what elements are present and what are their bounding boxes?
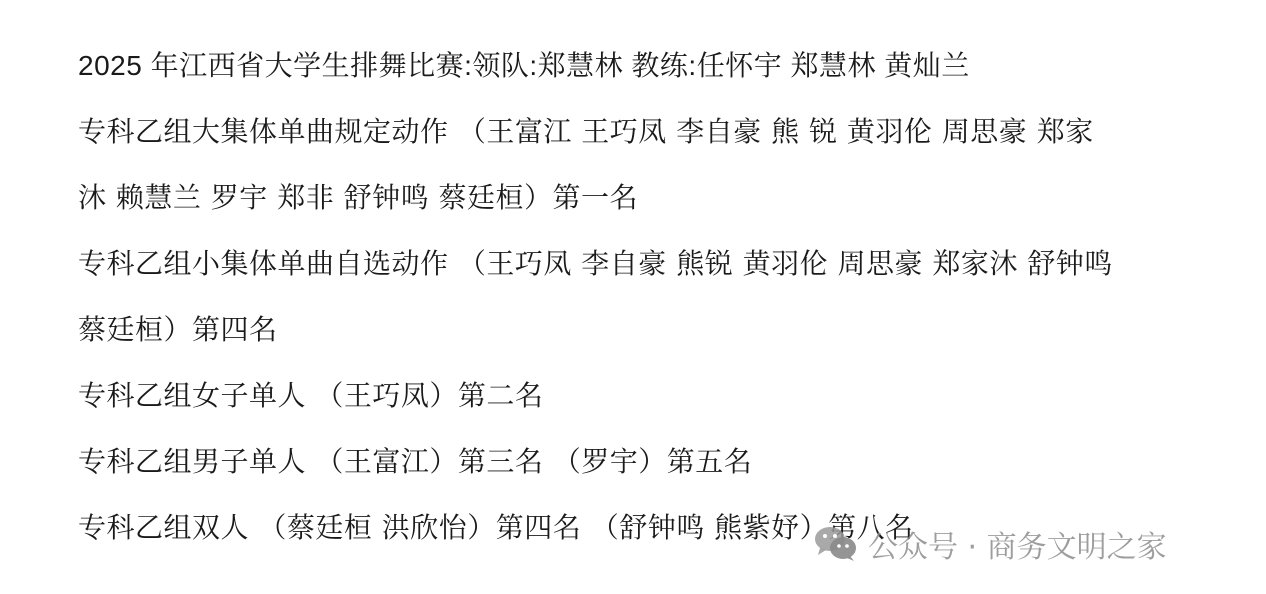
result-line-small-group-cont: 蔡廷桓）第四名	[78, 308, 1238, 374]
watermark: 公众号 · 商务文明之家	[812, 522, 1167, 566]
result-line-small-group: 专科乙组小集体单曲自选动作 （王巧凤 李自豪 熊锐 黄羽伦 周思豪 郑家沐 舒钟…	[78, 242, 1238, 308]
result-line-women-solo: 专科乙组女子单人 （王巧凤）第二名	[78, 374, 1238, 440]
wechat-icon	[812, 524, 860, 564]
document-body: 2025 年江西省大学生排舞比赛:领队:郑慧林 教练:任怀宇 郑慧林 黄灿兰 专…	[78, 44, 1238, 572]
watermark-text: 公众号 · 商务文明之家	[868, 522, 1167, 566]
result-line-group-routine-cont: 沐 赖慧兰 罗宇 郑非 舒钟鸣 蔡廷桓）第一名	[78, 176, 1238, 242]
result-line-men-solo: 专科乙组男子单人 （王富江）第三名 （罗宇）第五名	[78, 440, 1238, 506]
header-line: 2025 年江西省大学生排舞比赛:领队:郑慧林 教练:任怀宇 郑慧林 黄灿兰	[78, 44, 1238, 110]
result-line-group-routine: 专科乙组大集体单曲规定动作 （王富江 王巧凤 李自豪 熊 锐 黄羽伦 周思豪 郑…	[78, 110, 1238, 176]
